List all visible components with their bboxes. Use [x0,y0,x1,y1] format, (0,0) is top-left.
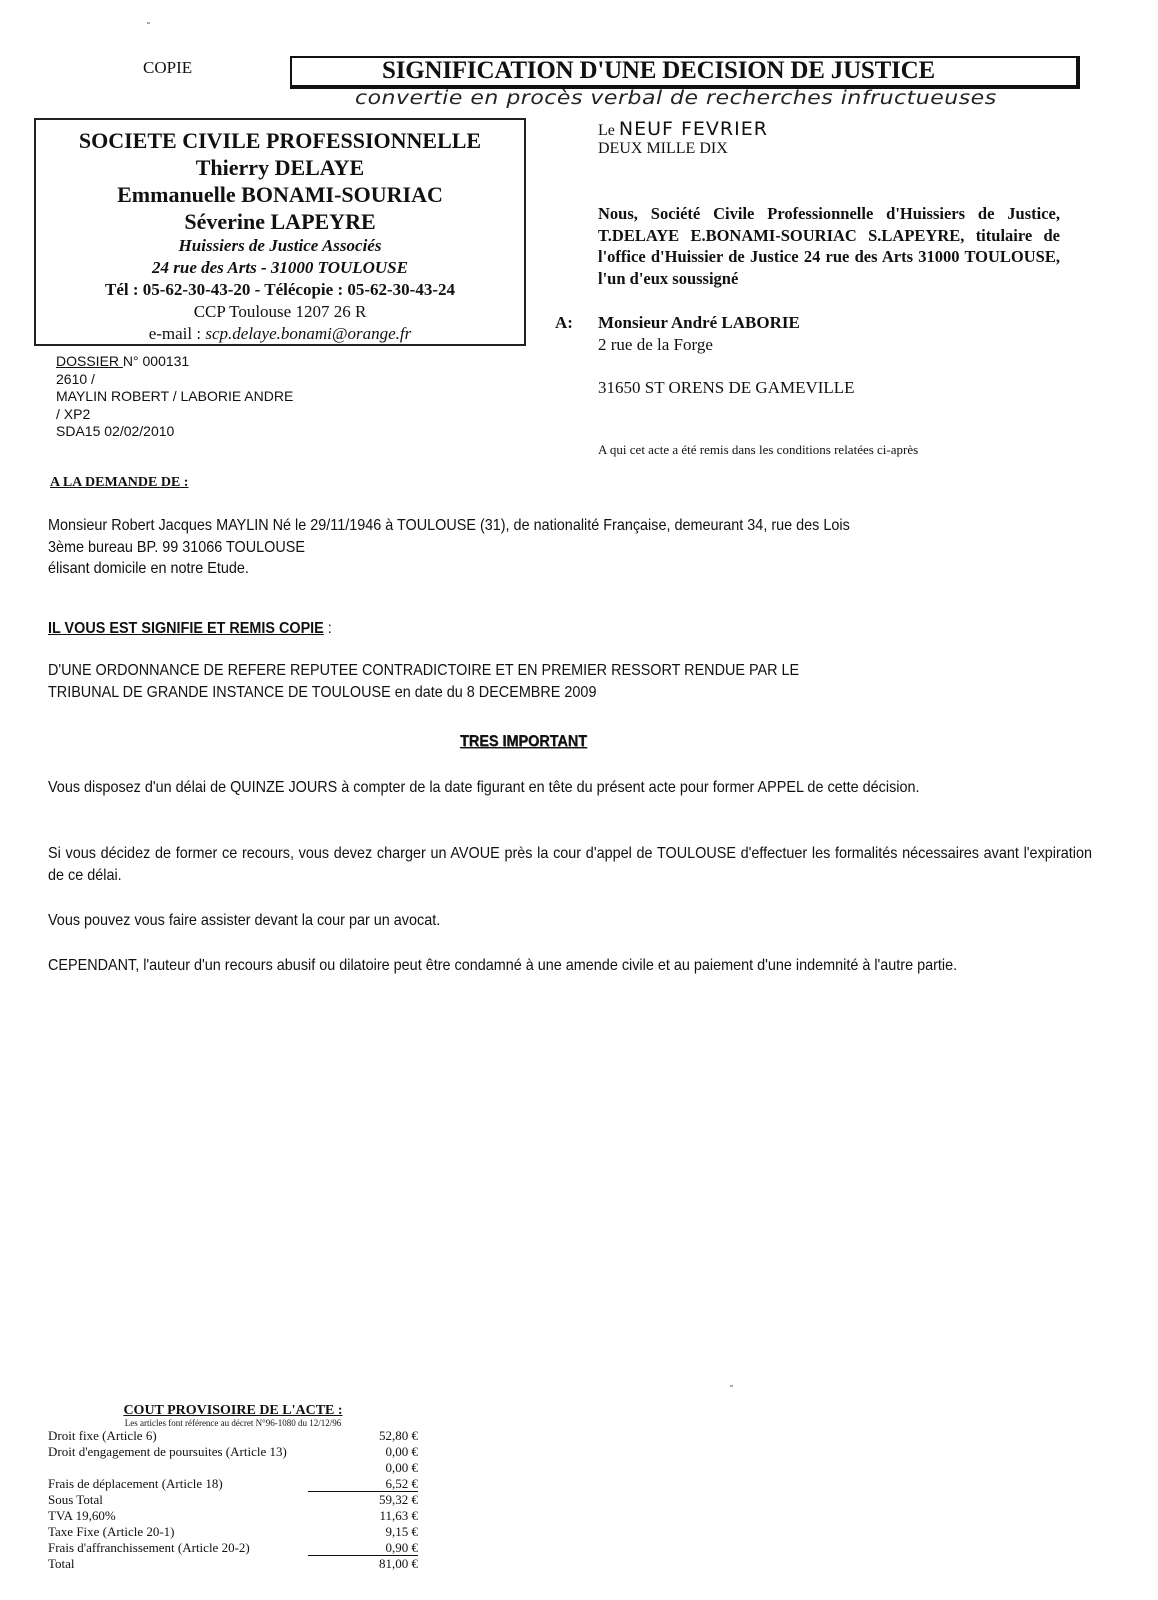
cost-row: Droit d'engagement de poursuites (Articl… [48,1444,418,1460]
cost-title: COUT PROVISOIRE DE L'ACTE : [48,1403,418,1418]
cost-row: Frais d'affranchissement (Article 20-2)0… [48,1540,418,1556]
cost-label: Taxe Fixe (Article 20-1) [48,1524,175,1540]
cost-label: TVA 19,60% [48,1508,116,1524]
requester-details: Monsieur Robert Jacques MAYLIN Né le 29/… [48,515,1074,580]
date-handwritten: NEUF FEVRIER [619,118,768,140]
cost-amount: 0,90 € [308,1540,418,1556]
cost-row: TVA 19,60%11,63 € [48,1508,418,1524]
served-line: TRIBUNAL DE GRANDE INSTANCE DE TOULOUSE … [48,682,1074,704]
cost-row: Frais de déplacement (Article 18)6,52 € [48,1476,418,1492]
date-prefix: Le [598,122,615,139]
important-heading: TRES IMPORTANT [460,733,587,751]
cost-table: COUT PROVISOIRE DE L'ACTE : Les articles… [48,1403,418,1572]
cost-subtitle: Les articles font référence au décret N°… [48,1418,418,1428]
partner-name: Séverine LAPEYRE [36,208,524,235]
dossier-number: N° 000131 [123,353,189,369]
cost-label: Frais d'affranchissement (Article 20-2) [48,1540,250,1556]
scan-speck [730,1385,733,1387]
handwritten-annotation: convertie en procès verbal de recherches… [355,88,997,109]
dossier-line: MAYLIN ROBERT / LABORIE ANDRE [56,388,293,406]
requester-line: 3ème bureau BP. 99 31066 TOULOUSE [48,537,1074,559]
firm-address: 24 rue des Arts - 31000 TOULOUSE [36,257,524,279]
service-year: DEUX MILLE DIX [598,140,728,158]
important-paragraph: CEPENDANT, l'auteur d'un recours abusif … [48,955,1092,977]
firm-letterhead: SOCIETE CIVILE PROFESSIONNELLE Thierry D… [34,118,526,346]
recipient-city: 31650 ST ORENS DE GAMEVILLE [598,378,855,398]
cost-row: 0,00 € [48,1460,418,1476]
request-heading: A LA DEMANDE DE : [50,475,188,491]
cost-label: Droit fixe (Article 6) [48,1428,157,1444]
document-title: SIGNIFICATION D'UNE DECISION DE JUSTICE [382,57,935,85]
cost-row: Droit fixe (Article 6)52,80 € [48,1428,418,1444]
firm-phones: Tél : 05-62-30-43-20 - Télécopie : 05-62… [36,279,524,301]
cost-amount: 9,15 € [338,1524,418,1540]
recipient-name: Monsieur André LABORIE [598,313,800,333]
cost-amount: 6,52 € [308,1476,418,1492]
email-label: e-mail : [149,324,206,343]
cost-label: Total [48,1556,75,1572]
dossier-label: DOSSIER [56,353,123,369]
important-paragraph: Si vous décidez de former ce recours, vo… [48,843,1092,886]
cost-row-subtotal: Sous Total59,32 € [48,1492,418,1508]
recipient-label: A: [555,313,573,333]
firm-role: Huissiers de Justice Associés [36,235,524,257]
served-heading-suffix: : [324,620,332,637]
requester-line: Monsieur Robert Jacques MAYLIN Né le 29/… [48,515,1074,537]
cost-amount: 52,80 € [338,1428,418,1444]
partner-name: Emmanuelle BONAMI-SOURIAC [36,181,524,208]
dossier-line: SDA15 02/02/2010 [56,423,293,441]
firm-type: SOCIETE CIVILE PROFESSIONNELLE [36,127,524,154]
cost-amount: 81,00 € [338,1556,418,1572]
delivery-note: A qui cet acte a été remis dans les cond… [598,442,918,458]
partner-name: Thierry DELAYE [36,154,524,181]
important-paragraph: Vous pouvez vous faire assister devant l… [48,910,1092,932]
copy-label: COPIE [143,58,192,78]
issuer-statement: Nous, Société Civile Professionnelle d'H… [598,203,1060,289]
firm-email[interactable]: scp.delaye.bonami@orange.fr [205,324,411,343]
firm-ccp: CCP Toulouse 1207 26 R [36,301,524,323]
dossier-line: 2610 / [56,371,293,389]
cost-label: Droit d'engagement de poursuites (Articl… [48,1444,287,1460]
served-document: D'UNE ORDONNANCE DE REFERE REPUTEE CONTR… [48,660,1074,703]
recipient-street: 2 rue de la Forge [598,335,713,355]
scan-speck [147,22,150,24]
dossier-reference: DOSSIER N° 000131 2610 / MAYLIN ROBERT /… [56,353,293,441]
cost-label: Sous Total [48,1492,103,1508]
cost-label: Frais de déplacement (Article 18) [48,1476,223,1492]
served-heading: IL VOUS EST SIGNIFIE ET REMIS COPIE : [48,618,1074,640]
dossier-number-line: DOSSIER N° 000131 [56,353,293,371]
dossier-line: / XP2 [56,406,293,424]
cost-row: Taxe Fixe (Article 20-1)9,15 € [48,1524,418,1540]
requester-line: élisant domicile en notre Etude. [48,558,1074,580]
firm-email-line: e-mail : scp.delaye.bonami@orange.fr [36,323,524,345]
served-heading-text: IL VOUS EST SIGNIFIE ET REMIS COPIE [48,620,324,637]
cost-amount: 59,32 € [338,1492,418,1508]
served-line: D'UNE ORDONNANCE DE REFERE REPUTEE CONTR… [48,660,1074,682]
service-date: Le NEUF FEVRIER [598,118,768,140]
cost-amount: 0,00 € [338,1460,418,1476]
cost-amount: 0,00 € [338,1444,418,1460]
cost-amount: 11,63 € [338,1508,418,1524]
cost-row-total: Total81,00 € [48,1556,418,1572]
important-paragraph: Vous disposez d'un délai de QUINZE JOURS… [48,777,1092,799]
